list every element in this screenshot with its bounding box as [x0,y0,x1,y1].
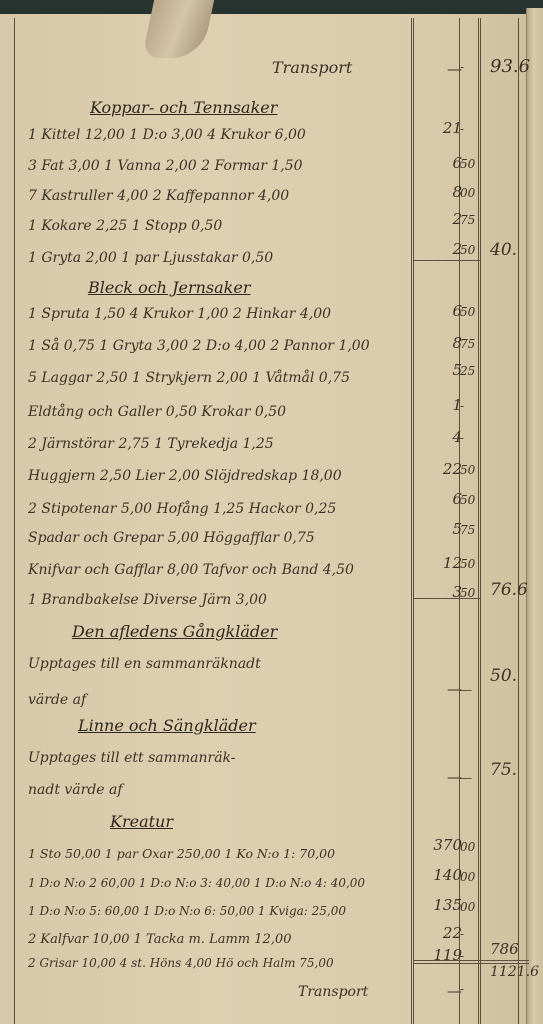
subtotal-rule-1 [414,260,480,261]
transport-label-top: Transport [272,58,352,77]
row-ore: 50 [460,157,488,171]
ledger-row: nadt värde af [28,782,123,798]
ledger-row: 2 Stipotenar 5,00 Hofång 1,25 Hackor 0,2… [28,501,336,517]
transport-total: 93.6 [490,56,530,77]
row-kr: 1 [422,396,462,414]
ledger-row: Spadar och Grepar 5,00 Höggafflar 0,75 [28,530,315,546]
row-kr: 8 [422,183,462,201]
row-ore: — [460,771,488,785]
section-heading-bleck: Bleck och Jernsaker [88,278,250,297]
row-ore: — [460,683,488,697]
transport-label-bottom: Transport [298,984,368,1000]
row-ore: 00 [460,840,488,854]
row-kr: 2 [422,210,462,228]
row-ore: 50 [460,557,488,571]
ledger-row: 7 Kastruller 4,00 2 Kaffepannor 4,00 [28,188,289,204]
row-kr: 2 [422,240,462,258]
row-kr: 5 [422,520,462,538]
row-kr: 6 [422,302,462,320]
row-ore: - [460,949,488,963]
row-ore: 00 [460,186,488,200]
section-heading-gangklader: Den afledens Gångkläder [72,622,277,641]
ledger-row: 1 Sto 50,00 1 par Oxar 250,00 1 Ko N:o 1… [28,846,335,861]
ledger-row: Eldtång och Galler 0,50 Krokar 0,50 [28,404,286,420]
ledger-row: 1 Kittel 12,00 1 D:o 3,00 4 Krukor 6,00 [28,127,306,143]
row-kr: 370 [422,836,462,854]
transport-ore: - [460,60,488,74]
ledger-row: 3 Fat 3,00 1 Vanna 2,00 2 Formar 1,50 [28,158,303,174]
ledger-row: 2 Järnstörar 2,75 1 Tyrekedja 1,25 [28,436,274,452]
ledger-row: 1 D:o N:o 2 60,00 1 D:o N:o 3: 40,00 1 D… [28,876,365,890]
transport-ore-bottom: - [460,982,488,996]
row-kr: 22 [422,460,462,478]
row-kr: 8 [422,334,462,352]
row-ore: 00 [460,870,488,884]
row-kr: 119 [422,946,462,964]
ledger-row: Knifvar och Gafflar 8,00 Tafvor och Band… [28,562,354,578]
row-ore: 50 [460,243,488,257]
row-ore: - [460,122,488,136]
row-ore: - [460,399,488,413]
row-ore: 50 [460,305,488,319]
row-kr: 21 [422,119,462,137]
row-kr: 3 [422,583,462,601]
row-ore: 50 [460,463,488,477]
transport-kr-bottom: — [422,982,462,1000]
row-ore: 25 [460,364,488,378]
row-ore: 50 [460,493,488,507]
ledger-row: 1 Gryta 2,00 1 par Ljusstakar 0,50 [28,250,273,266]
section-heading-sangklader: Linne och Sängkläder [78,716,256,735]
transport-kr: — [422,60,462,78]
ledger-row: 2 Kalfvar 10,00 1 Tacka m. Lamm 12,00 [28,932,291,947]
right-margin-rule [518,18,519,1024]
row-ore: - [460,927,488,941]
ledger-row: 1 D:o N:o 5: 60,00 1 D:o N:o 6: 50,00 1 … [28,904,346,918]
row-ore: - [460,431,488,445]
kr-column-rule-double [413,18,414,1024]
row-kr: 22 [422,924,462,942]
row-ore: 75 [460,337,488,351]
row-kr: 5 [422,361,462,379]
row-ore: 75 [460,213,488,227]
ledger-row: värde af [28,692,86,708]
ledger-row: 2 Grisar 10,00 4 st. Höns 4,00 Hö och Ha… [28,956,334,970]
left-margin-rule [14,18,15,1024]
section-total: 40. [490,240,530,260]
grand-total: 1121.6 [490,964,530,980]
section-total: 75. [490,760,530,780]
ledger-row: 1 Kokare 2,25 1 Stopp 0,50 [28,218,222,234]
row-kr: 6 [422,154,462,172]
row-kr: 135 [422,896,462,914]
section-heading-kreatur: Kreatur [110,812,173,831]
section-total: 786 [490,940,530,958]
section-heading-koppar: Koppar- och Tennsaker [90,98,277,117]
section-total: 50. [490,666,530,686]
facing-page-edge [526,8,543,1024]
kr-column-rule [411,18,412,1024]
row-kr: — [422,768,462,786]
ledger-row: Upptages till en sammanräknadt [28,656,261,672]
row-kr: 6 [422,490,462,508]
row-kr: 12 [422,554,462,572]
row-kr: 4 [422,428,462,446]
row-kr: — [422,680,462,698]
ledger-row: 5 Laggar 2,50 1 Strykjern 2,00 1 Våtmål … [28,370,350,386]
row-ore: 50 [460,586,488,600]
ledger-row: 1 Så 0,75 1 Gryta 3,00 2 D:o 4,00 2 Pann… [28,338,370,354]
ledger-row: Huggjern 2,50 Lier 2,00 Slöjdredskap 18,… [28,468,342,484]
row-ore: 75 [460,523,488,537]
section-total: 76.6 [490,580,530,600]
ledger-row: 1 Spruta 1,50 4 Krukor 1,00 2 Hinkar 4,0… [28,306,331,322]
row-kr: 140 [422,866,462,884]
row-ore: 00 [460,900,488,914]
ledger-row: 1 Brandbakelse Diverse Järn 3,00 [28,592,267,608]
ledger-row: Upptages till ett sammanräk- [28,750,236,766]
